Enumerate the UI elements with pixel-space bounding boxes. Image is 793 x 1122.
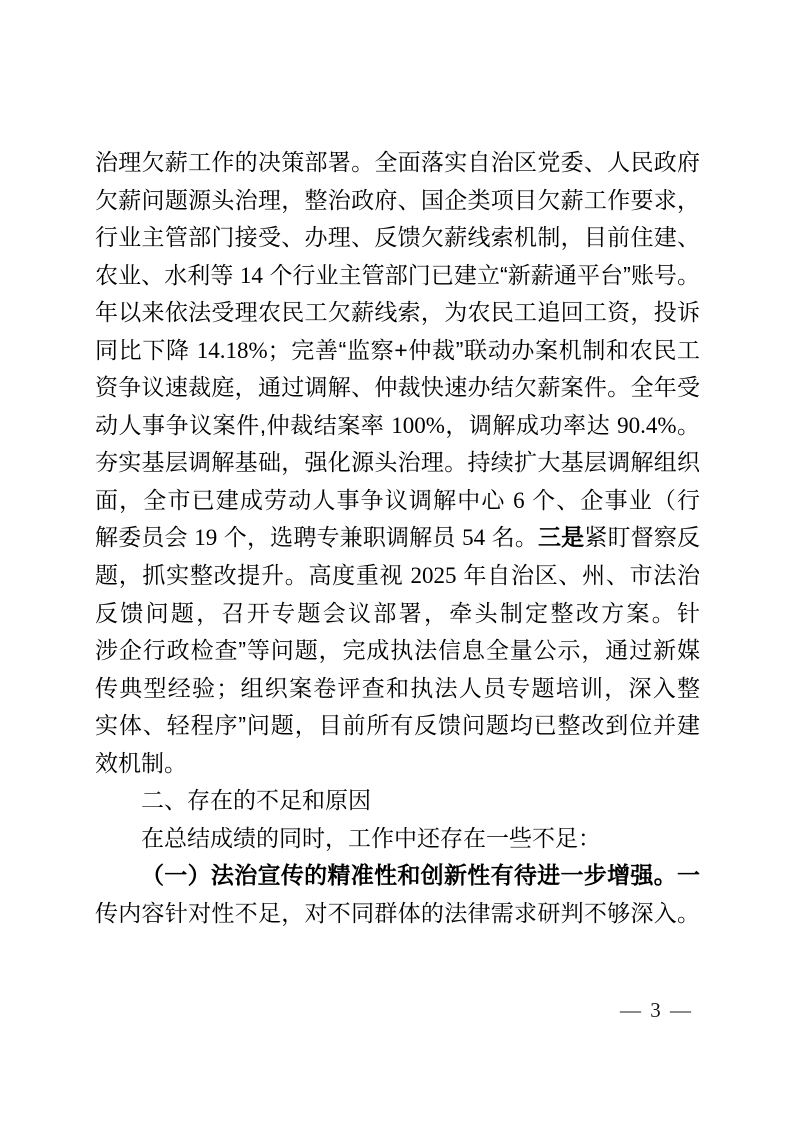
text-line: 行业主管部门接受、办理、反馈欠薪线索机制，目前住建、交通、 <box>95 219 700 257</box>
text-line: 实体、轻程序”问题，目前所有反馈问题均已整改到位并建立长 <box>95 707 700 745</box>
text-line: 治理欠薪工作的决策部署。全面落实自治区党委、人民政府关于 <box>95 144 700 182</box>
text-line: 涉企行政检查”等问题，完成执法信息全量公示，通过新媒体宣 <box>95 632 700 670</box>
text-run: 农业、水利等 14 个行业主管部门已建立“新薪通平台”账号。2025 <box>95 262 700 295</box>
text-line: 二、存在的不足和原因 <box>95 782 700 820</box>
numeral: 14 <box>240 263 263 288</box>
numeral: 90.4% <box>617 413 676 438</box>
text-line: 资争议速裁庭，通过调解、仲裁快速办结欠薪案件。全年受理劳 <box>95 369 700 407</box>
text-run: 年以来依法受理农民工欠薪线索，为农民工追回工资，投诉线索 <box>95 299 700 332</box>
page-number: — 3 — <box>620 995 693 1025</box>
text-run: 同比下降 14.18%；完善“监察+仲裁”联动办案机制和农民工工 <box>95 337 700 370</box>
text-run: 资争议速裁庭，通过调解、仲裁快速办结欠薪案件。全年受理劳 <box>95 374 700 407</box>
text-run: 夯实基层调解基础，强化源头治理。持续扩大基层调解组织覆盖 <box>95 449 700 482</box>
text-run: 效机制。 <box>95 750 187 776</box>
text-line: 反馈问题，召开专题会议部署，牵头制定整改方案。针对“规范 <box>95 595 700 633</box>
numeral: 100% <box>391 413 445 438</box>
text-run: 实体、轻程序”问题，目前所有反馈问题均已整改到位并建立长 <box>95 712 700 745</box>
text-line: 在总结成绩的同时，工作中还存在一些不足： <box>95 820 700 858</box>
text-run: 反馈问题，召开专题会议部署，牵头制定整改方案。针对“规范 <box>95 600 700 633</box>
text-run: 二、存在的不足和原因 <box>141 787 371 813</box>
text-line: 题，抓实整改提升。高度重视 2025 年自治区、州、市法治督察 <box>95 557 700 595</box>
text-run: 面，全市已建成劳动人事争议调解中心 6 个、企事业（行业）调 <box>95 487 700 520</box>
text-run: 行业主管部门接受、办理、反馈欠薪线索机制，目前住建、交通、 <box>95 224 700 257</box>
text-run: 传内容针对性不足，对不同群体的法律需求研判不够深入。 <box>95 900 700 926</box>
document-page: 治理欠薪工作的决策部署。全面落实自治区党委、人民政府关于欠薪问题源头治理，整治政… <box>0 0 793 1122</box>
text-line: 欠薪问题源头治理，整治政府、国企类项目欠薪工作要求，落实 <box>95 182 700 220</box>
text-line: 动人事争议案件,仲裁结案率 100%，调解成功率达 90.4%。二是 <box>95 407 700 445</box>
document-body: 治理欠薪工作的决策部署。全面落实自治区党委、人民政府关于欠薪问题源头治理，整治政… <box>95 144 700 932</box>
text-line: （一）法治宣传的精准性和创新性有待进一步增强。一是宣 <box>95 857 700 895</box>
text-line: 解委员会 19 个，选聘专兼职调解员 54 名。三是紧盯督察反馈问 <box>95 519 700 557</box>
text-run: 动人事争议案件,仲裁结案率 100%，调解成功率达 90.4%。 <box>95 412 700 438</box>
text-run: 在总结成绩的同时，工作中还存在一些不足： <box>141 825 601 851</box>
text-line: 年以来依法受理农民工欠薪线索，为农民工追回工资，投诉线索 <box>95 294 700 332</box>
numeral: 14.18% <box>197 338 268 363</box>
text-line: 传典型经验；组织案卷评查和执法人员专题培训，深入整改“重 <box>95 670 700 708</box>
text-run: 治理欠薪工作的决策部署。全面落实自治区党委、人民政府关于 <box>95 149 700 182</box>
text-run: 题，抓实整改提升。高度重视 2025 年自治区、州、市法治督察 <box>95 562 700 595</box>
bold-text-run: （一）法治宣传的精准性和创新性有待进一步增强。一是 <box>95 862 700 895</box>
numeral: 54 <box>462 525 485 550</box>
bold-text-run: 三是 <box>538 524 584 550</box>
text-line: 效机制。 <box>95 745 700 783</box>
text-line: 面，全市已建成劳动人事争议调解中心 6 个、企事业（行业）调 <box>95 482 700 520</box>
text-run: 传典型经验；组织案卷评查和执法人员专题培训，深入整改“重 <box>95 675 700 708</box>
text-line: 传内容针对性不足，对不同群体的法律需求研判不够深入。二是 <box>95 895 700 933</box>
text-run: 欠薪问题源头治理，整治政府、国企类项目欠薪工作要求，落实 <box>95 187 700 220</box>
numeral: 6 <box>513 488 525 513</box>
text-line: 同比下降 14.18%；完善“监察+仲裁”联动办案机制和农民工工 <box>95 332 700 370</box>
text-run: 解委员会 19 个，选聘专兼职调解员 54 名。 <box>95 524 538 550</box>
text-run: 涉企行政检查”等问题，完成执法信息全量公示，通过新媒体宣 <box>95 637 700 670</box>
numeral: 19 <box>194 525 217 550</box>
text-line: 农业、水利等 14 个行业主管部门已建立“新薪通平台”账号。2025 <box>95 257 700 295</box>
text-line: 夯实基层调解基础，强化源头治理。持续扩大基层调解组织覆盖 <box>95 444 700 482</box>
numeral: 2025 <box>410 563 456 588</box>
